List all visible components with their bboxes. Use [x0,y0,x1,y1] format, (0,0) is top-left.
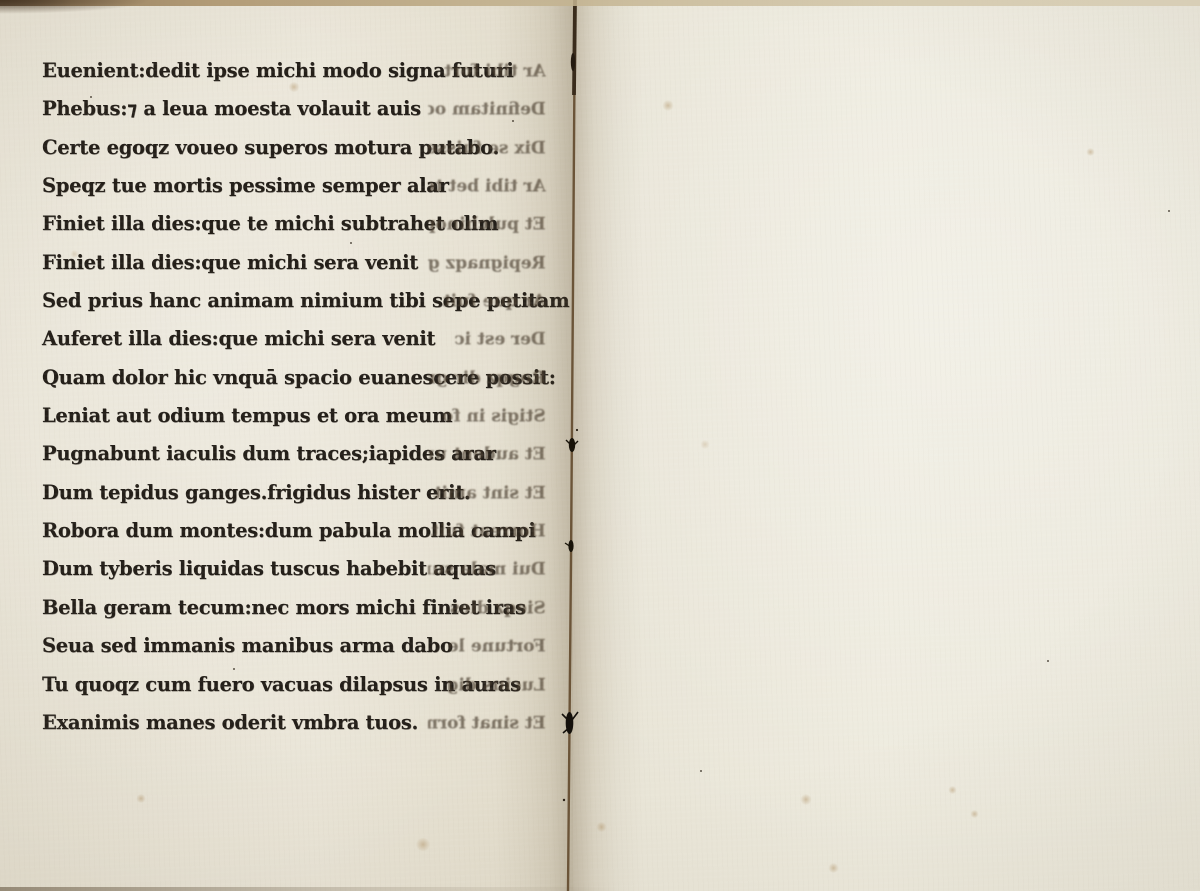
verse-line: Sed prius hanc animam nimium tibi sepe p… [42,282,569,320]
verse-line: Finiet illa dies:que michi sera venit [42,244,569,282]
verse-line: Finiet illa dies:que te michi subtrahet … [42,205,569,243]
verse-line: Dum tepidus ganges.frigidus hister erit. [42,474,569,512]
verse-line: Certe egoqz voueo superos motura putabo. [42,129,569,167]
verse-line: Phebus:⁊ a leua moesta volauit auis [42,90,569,128]
verse-line: Auferet illa dies:que michi sera venit [42,320,569,358]
right-page: Tum quoqz factorum veniam memor vmbra tu… [573,0,1200,891]
verse-line: Leniat aut odium tempus et ora meum [42,397,569,435]
verse-line: Bella geram tecum:nec mors michi finiet … [42,589,569,627]
photo-bottom-edge [0,887,620,891]
verse-line: Euenient:dedit ipse michi modo signa fut… [42,52,569,90]
left-page: Euenient:dedit ipse michi modo signa fut… [0,0,573,891]
verse-line: Dum tyberis liquidas tuscus habebit aqua… [42,550,569,588]
verse-line: Robora dum montes:dum pabula mollia camp… [42,512,569,550]
verse-line: Seua sed immanis manibus arma dabo [42,627,569,665]
book-spread: Euenient:dedit ipse michi modo signa fut… [0,0,1200,891]
verse-line: Speqz tue mortis pessime semper alar [42,167,569,205]
verse-line: Quam dolor hic vnquā spacio euanescere p… [42,359,569,397]
left-page-verse-block: Euenient:dedit ipse michi modo signa fut… [42,52,569,742]
verse-line: Tu quoqz cum fuero vacuas dilapsus in au… [42,666,569,704]
verse-line: Exanimis manes oderit vmbra tuos. [42,704,569,742]
photo-top-edge [0,0,1200,6]
photo-top-left-corner [0,0,150,14]
verse-line: Pugnabunt iaculis dum traces;iapides ara… [42,435,569,473]
